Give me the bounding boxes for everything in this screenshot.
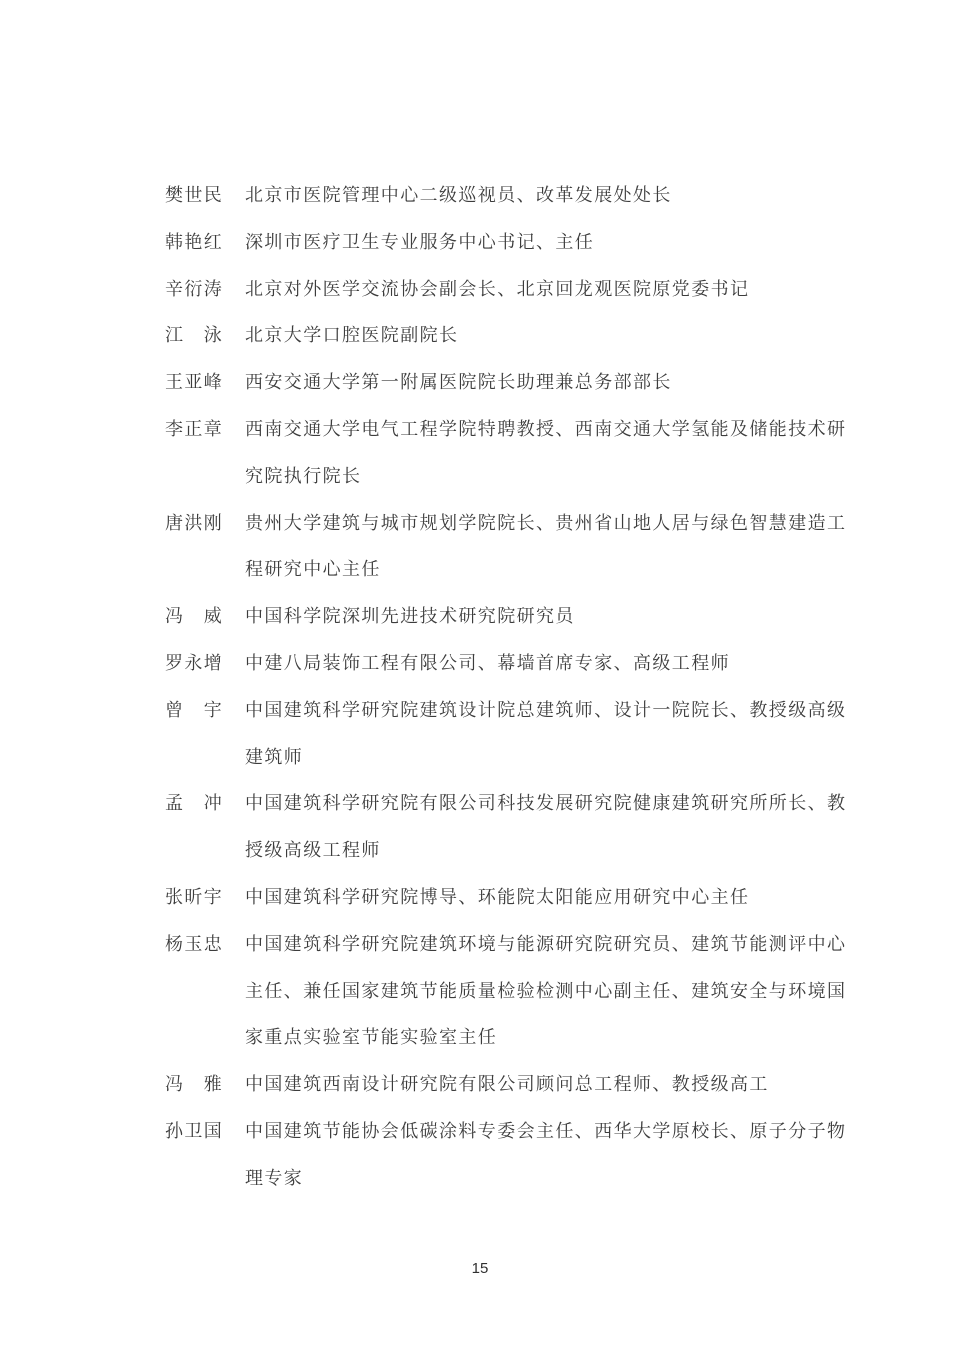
title-line: 程研究中心主任: [245, 546, 855, 593]
person-titles: 中国建筑科学研究院有限公司科技发展研究院健康建筑研究所所长、教授级高级工程师: [245, 780, 855, 874]
roster-entry: 张昕宇 中国建筑科学研究院博导、环能院太阳能应用研究中心主任: [165, 874, 855, 921]
person-name: 杨玉忠: [165, 921, 245, 968]
roster-entry: 韩艳红 深圳市医疗卫生专业服务中心书记、主任: [165, 219, 855, 266]
title-line: 北京对外医学交流协会副会长、北京回龙观医院原党委书记: [245, 266, 855, 313]
person-titles: 中建八局装饰工程有限公司、幕墙首席专家、高级工程师: [245, 640, 855, 687]
title-line: 中国建筑科学研究院建筑设计院总建筑师、设计一院院长、教授级高级: [245, 687, 855, 734]
person-titles: 中国建筑科学研究院博导、环能院太阳能应用研究中心主任: [245, 874, 855, 921]
roster-entry: 冯 雅 中国建筑西南设计研究院有限公司顾问总工程师、教授级高工: [165, 1061, 855, 1108]
person-name: 韩艳红: [165, 219, 245, 266]
title-line: 中建八局装饰工程有限公司、幕墙首席专家、高级工程师: [245, 640, 855, 687]
roster-entry: 罗永增 中建八局装饰工程有限公司、幕墙首席专家、高级工程师: [165, 640, 855, 687]
roster-entry: 孙卫国 中国建筑节能协会低碳涂料专委会主任、西华大学原校长、原子分子物理专家: [165, 1108, 855, 1202]
roster-entry: 江 泳 北京大学口腔医院副院长: [165, 312, 855, 359]
title-line: 究院执行院长: [245, 453, 855, 500]
title-line: 主任、兼任国家建筑节能质量检验检测中心副主任、建筑安全与环境国: [245, 968, 855, 1015]
person-name: 孟 冲: [165, 780, 245, 827]
title-line: 深圳市医疗卫生专业服务中心书记、主任: [245, 219, 855, 266]
title-line: 中国建筑节能协会低碳涂料专委会主任、西华大学原校长、原子分子物: [245, 1108, 855, 1155]
person-name: 辛衍涛: [165, 266, 245, 313]
roster-entry: 樊世民 北京市医院管理中心二级巡视员、改革发展处处长: [165, 172, 855, 219]
title-line: 中国建筑西南设计研究院有限公司顾问总工程师、教授级高工: [245, 1061, 855, 1108]
person-name: 冯 威: [165, 593, 245, 640]
roster-entry: 孟 冲 中国建筑科学研究院有限公司科技发展研究院健康建筑研究所所长、教授级高级工…: [165, 780, 855, 874]
title-line: 授级高级工程师: [245, 827, 855, 874]
title-line: 中国建筑科学研究院博导、环能院太阳能应用研究中心主任: [245, 874, 855, 921]
title-line: 建筑师: [245, 734, 855, 781]
person-titles: 中国建筑西南设计研究院有限公司顾问总工程师、教授级高工: [245, 1061, 855, 1108]
person-name: 李正章: [165, 406, 245, 453]
person-titles: 北京大学口腔医院副院长: [245, 312, 855, 359]
title-line: 理专家: [245, 1155, 855, 1202]
person-titles: 西安交通大学第一附属医院院长助理兼总务部部长: [245, 359, 855, 406]
title-line: 西南交通大学电气工程学院特聘教授、西南交通大学氢能及储能技术研: [245, 406, 855, 453]
document-page: 樊世民 北京市医院管理中心二级巡视员、改革发展处处长 韩艳红 深圳市医疗卫生专业…: [0, 0, 960, 1357]
roster-entry: 唐洪刚 贵州大学建筑与城市规划学院院长、贵州省山地人居与绿色智慧建造工程研究中心…: [165, 500, 855, 594]
person-titles: 北京对外医学交流协会副会长、北京回龙观医院原党委书记: [245, 266, 855, 313]
person-titles: 中国建筑科学研究院建筑设计院总建筑师、设计一院院长、教授级高级建筑师: [245, 687, 855, 781]
person-titles: 深圳市医疗卫生专业服务中心书记、主任: [245, 219, 855, 266]
person-name: 曾 宇: [165, 687, 245, 734]
roster-entry: 李正章 西南交通大学电气工程学院特聘教授、西南交通大学氢能及储能技术研究院执行院…: [165, 406, 855, 500]
title-line: 北京市医院管理中心二级巡视员、改革发展处处长: [245, 172, 855, 219]
person-titles: 中国科学院深圳先进技术研究院研究员: [245, 593, 855, 640]
roster-entry: 王亚峰 西安交通大学第一附属医院院长助理兼总务部部长: [165, 359, 855, 406]
person-titles: 北京市医院管理中心二级巡视员、改革发展处处长: [245, 172, 855, 219]
person-name: 罗永增: [165, 640, 245, 687]
person-name: 江 泳: [165, 312, 245, 359]
person-name: 张昕宇: [165, 874, 245, 921]
title-line: 家重点实验室节能实验室主任: [245, 1014, 855, 1061]
person-titles: 西南交通大学电气工程学院特聘教授、西南交通大学氢能及储能技术研究院执行院长: [245, 406, 855, 500]
roster-entry: 杨玉忠 中国建筑科学研究院建筑环境与能源研究院研究员、建筑节能测评中心主任、兼任…: [165, 921, 855, 1061]
person-name: 孙卫国: [165, 1108, 245, 1155]
title-line: 中国建筑科学研究院有限公司科技发展研究院健康建筑研究所所长、教: [245, 780, 855, 827]
page-number: 15: [0, 1260, 960, 1277]
roster-entry: 冯 威 中国科学院深圳先进技术研究院研究员: [165, 593, 855, 640]
person-name: 王亚峰: [165, 359, 245, 406]
title-line: 西安交通大学第一附属医院院长助理兼总务部部长: [245, 359, 855, 406]
person-titles: 中国建筑节能协会低碳涂料专委会主任、西华大学原校长、原子分子物理专家: [245, 1108, 855, 1202]
title-line: 中国科学院深圳先进技术研究院研究员: [245, 593, 855, 640]
person-titles: 中国建筑科学研究院建筑环境与能源研究院研究员、建筑节能测评中心主任、兼任国家建筑…: [245, 921, 855, 1061]
roster-entry: 辛衍涛 北京对外医学交流协会副会长、北京回龙观医院原党委书记: [165, 266, 855, 313]
roster-entry: 曾 宇 中国建筑科学研究院建筑设计院总建筑师、设计一院院长、教授级高级建筑师: [165, 687, 855, 781]
roster-list: 樊世民 北京市医院管理中心二级巡视员、改革发展处处长 韩艳红 深圳市医疗卫生专业…: [165, 172, 855, 1202]
person-titles: 贵州大学建筑与城市规划学院院长、贵州省山地人居与绿色智慧建造工程研究中心主任: [245, 500, 855, 594]
person-name: 冯 雅: [165, 1061, 245, 1108]
person-name: 樊世民: [165, 172, 245, 219]
person-name: 唐洪刚: [165, 500, 245, 547]
title-line: 贵州大学建筑与城市规划学院院长、贵州省山地人居与绿色智慧建造工: [245, 500, 855, 547]
title-line: 中国建筑科学研究院建筑环境与能源研究院研究员、建筑节能测评中心: [245, 921, 855, 968]
title-line: 北京大学口腔医院副院长: [245, 312, 855, 359]
